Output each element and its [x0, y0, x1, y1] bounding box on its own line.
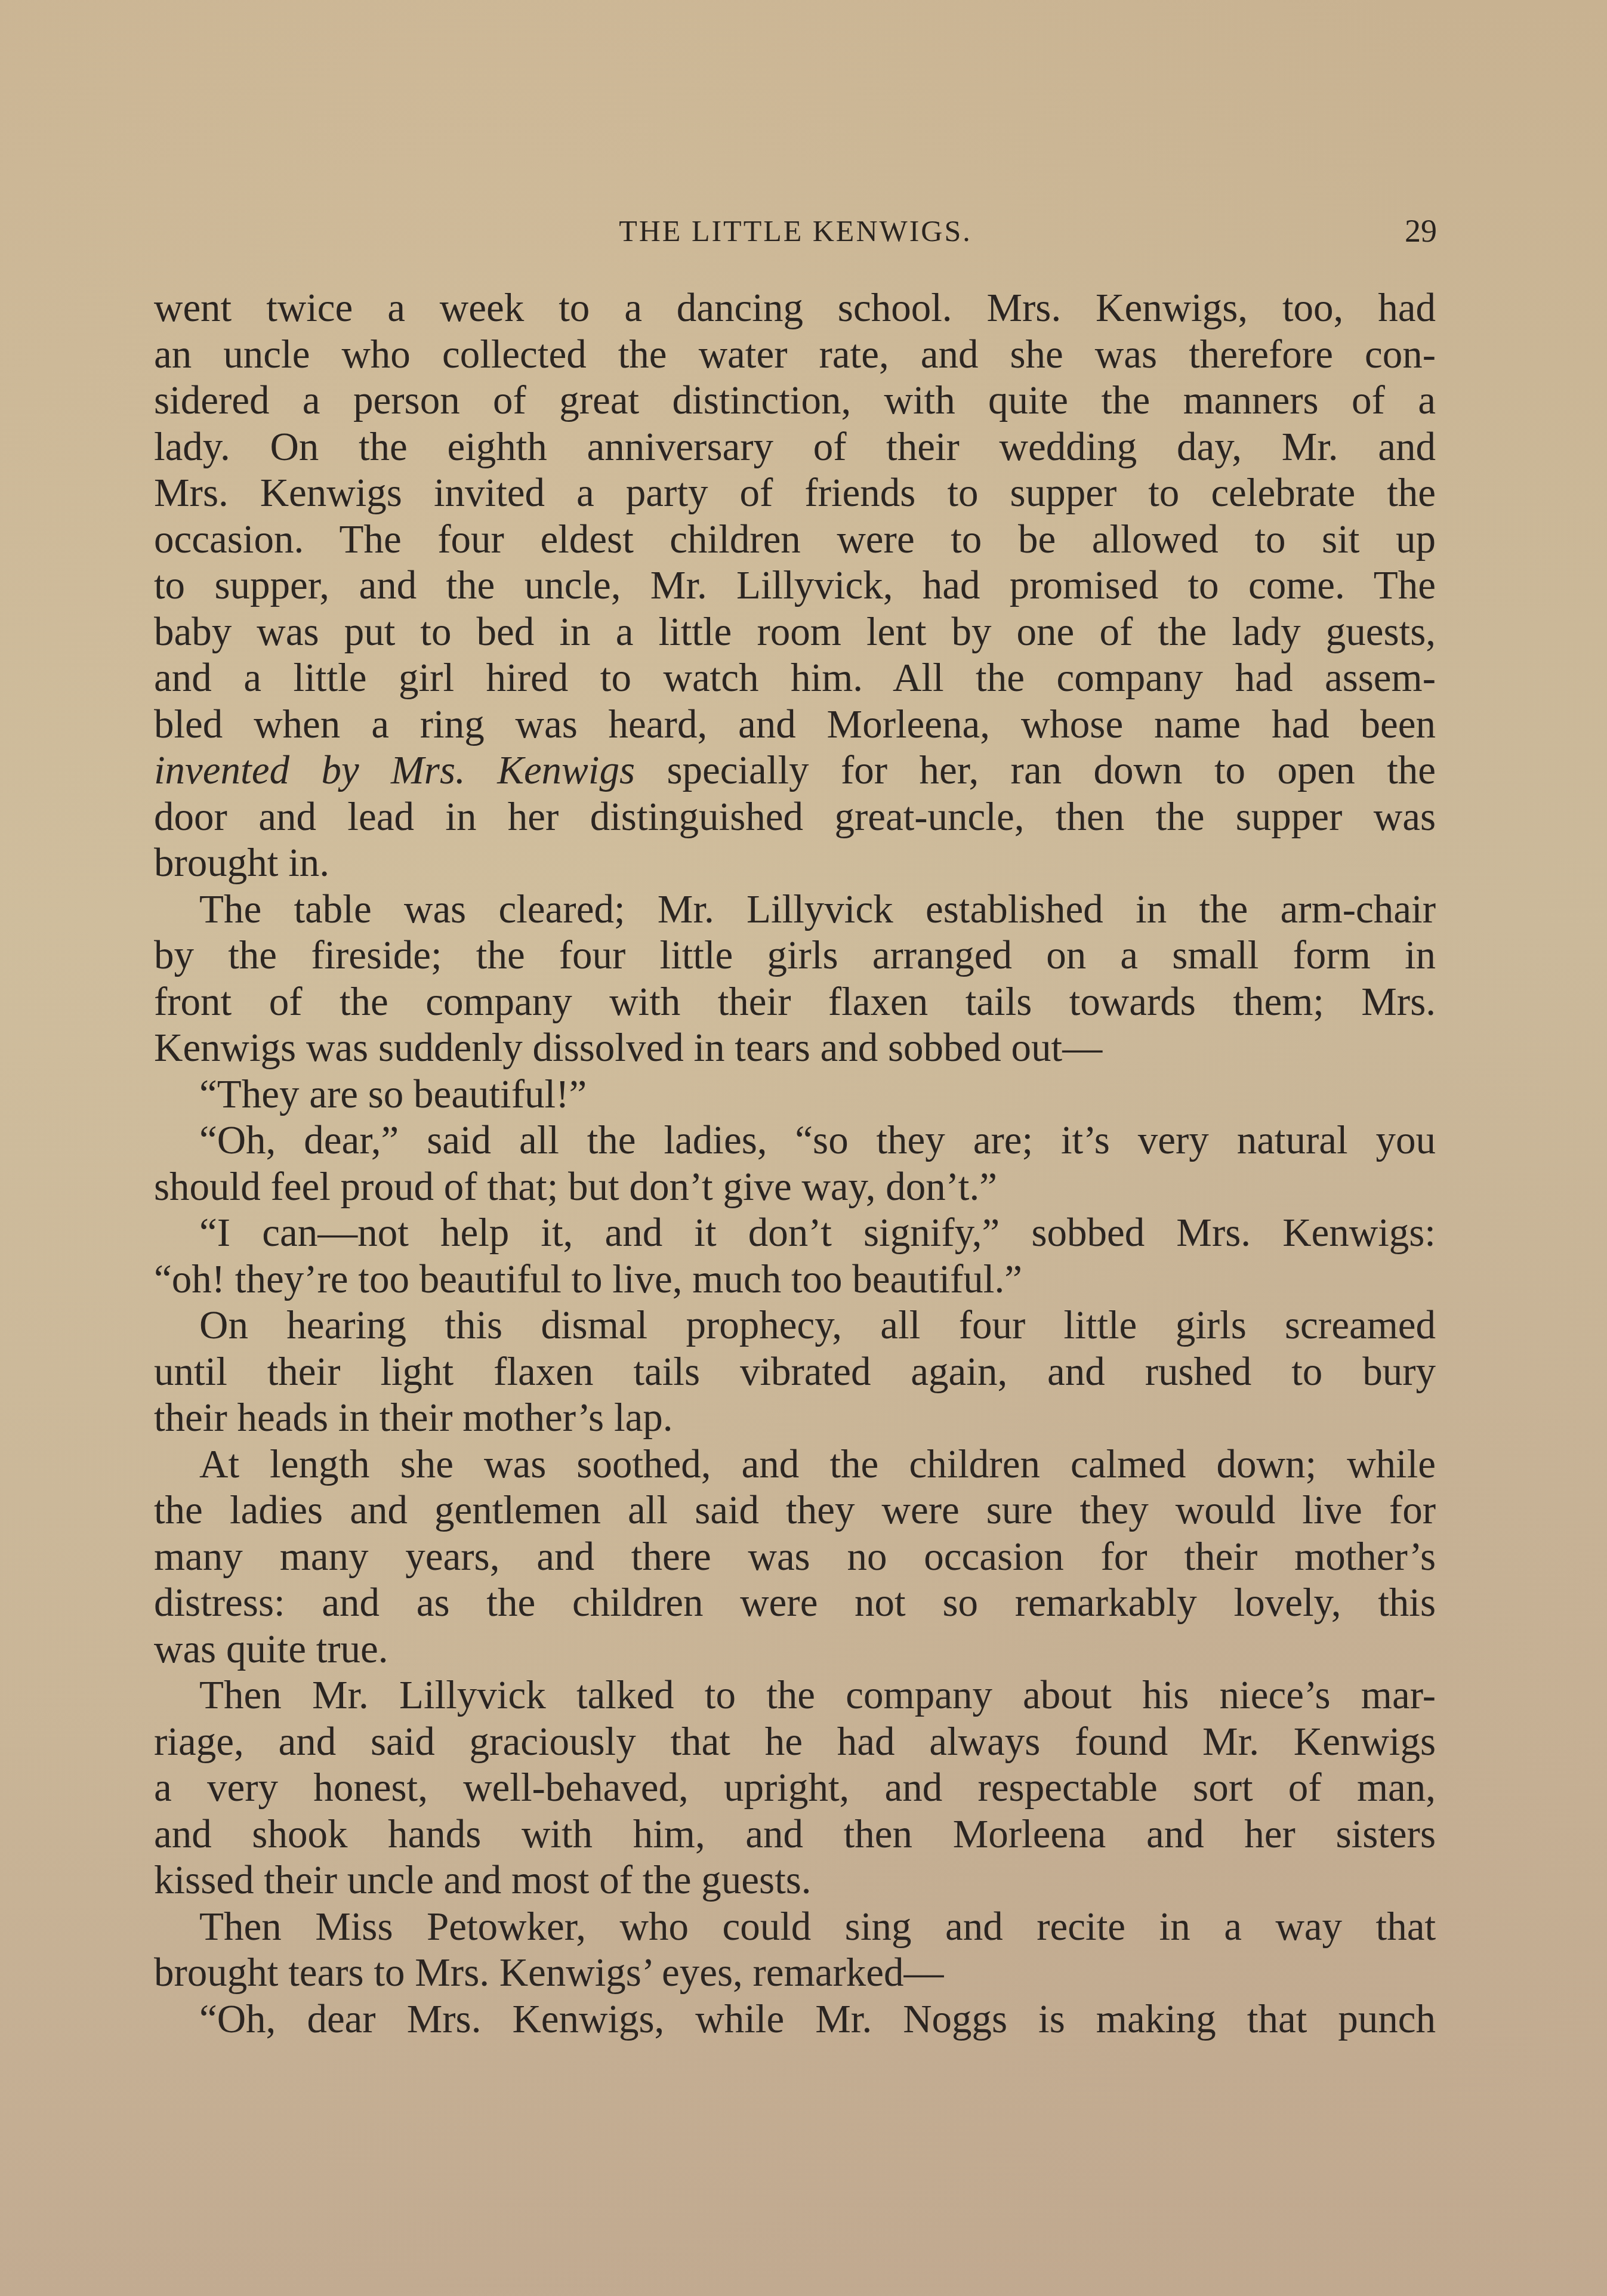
line-text: by the fireside; the four little girls a…: [154, 933, 1436, 977]
line-text: brought tears to Mrs. Kenwigs’ eyes, rem…: [154, 1951, 944, 1995]
line-text: lady. On the eighth anniversary of their…: [154, 425, 1436, 469]
line-text: occasion. The four eldest children were …: [154, 517, 1436, 561]
line-text: “Oh, dear,” said all the ladies, “so the…: [199, 1118, 1436, 1162]
line-text: Kenwigs was suddenly dissolved in tears …: [154, 1026, 1102, 1070]
paragraph-first-line: “Oh, dear,” said all the ladies, “so the…: [154, 1118, 1436, 1164]
text-line: front of the company with their flaxen t…: [154, 979, 1436, 1026]
text-line: went twice a week to a dancing school. M…: [154, 285, 1436, 332]
line-text: “They are so beautiful!”: [199, 1072, 587, 1116]
line-text: many many years, and there was no occasi…: [154, 1535, 1436, 1579]
paragraph-first-line: On hearing this dismal prophecy, all fou…: [154, 1303, 1436, 1349]
line-text: was quite true.: [154, 1627, 388, 1671]
paragraph-first-line: Then Miss Petowker, who could sing and r…: [154, 1904, 1436, 1951]
line-text: baby was put to bed in a little room len…: [154, 610, 1436, 654]
text-line: Mrs. Kenwigs invited a party of friends …: [154, 470, 1436, 517]
italic-text: invented by Mrs. Kenwigs: [154, 748, 635, 792]
text-line: occasion. The four eldest children were …: [154, 517, 1436, 563]
paragraph-first-line: “They are so beautiful!”: [154, 1072, 1436, 1118]
line-text: brought in.: [154, 841, 329, 885]
running-title: THE LITTLE KENWIGS.: [154, 210, 1437, 252]
line-text: Then Miss Petowker, who could sing and r…: [199, 1905, 1436, 1949]
line-text: an uncle who collected the water rate, a…: [154, 332, 1436, 377]
body-text: went twice a week to a dancing school. M…: [154, 285, 1436, 2042]
line-text: “I can—not help it, and it don’t signify…: [199, 1211, 1436, 1255]
text-line: until their light flaxen tails vibrated …: [154, 1349, 1436, 1396]
text-line: “oh! they’re too beautiful to live, much…: [154, 1257, 1436, 1303]
line-text: “Oh, dear Mrs. Kenwigs, while Mr. Noggs …: [199, 1997, 1436, 2041]
paragraph-first-line: Then Mr. Lillyvick talked to the company…: [154, 1672, 1436, 1719]
text-line: should feel proud of that; but don’t giv…: [154, 1164, 1436, 1211]
text-line: brought in.: [154, 840, 1436, 887]
text-line: sidered a person of great distinction, w…: [154, 378, 1436, 424]
text-line: bled when a ring was heard, and Morleena…: [154, 702, 1436, 748]
text-line: door and lead in her distinguished great…: [154, 794, 1436, 841]
line-text: and a little girl hired to watch him. Al…: [154, 656, 1436, 700]
book-page: THE LITTLE KENWIGS. 29 went twice a week…: [0, 0, 1607, 2296]
line-text: went twice a week to a dancing school. M…: [154, 286, 1436, 330]
line-text: bled when a ring was heard, and Morleena…: [154, 702, 1436, 746]
text-line: by the fireside; the four little girls a…: [154, 933, 1436, 979]
running-head: THE LITTLE KENWIGS. 29: [154, 210, 1437, 252]
text-line: and a little girl hired to watch him. Al…: [154, 655, 1436, 702]
page-number: 29: [1405, 210, 1437, 252]
line-text: a very honest, well-behaved, upright, an…: [154, 1766, 1436, 1810]
text-line: distress: and as the children were not s…: [154, 1580, 1436, 1627]
text-line: Kenwigs was suddenly dissolved in tears …: [154, 1025, 1436, 1072]
line-text: At length she was soothed, and the child…: [199, 1442, 1436, 1486]
paragraph-first-line: “Oh, dear Mrs. Kenwigs, while Mr. Noggs …: [154, 1996, 1436, 2043]
line-text: the ladies and gentlemen all said they w…: [154, 1488, 1436, 1532]
text-line: kissed their uncle and most of the guest…: [154, 1857, 1436, 1904]
paragraph-first-line: “I can—not help it, and it don’t signify…: [154, 1210, 1436, 1257]
line-text: their heads in their mother’s lap.: [154, 1396, 673, 1440]
line-text: and shook hands with him, and then Morle…: [154, 1812, 1436, 1856]
line-text: On hearing this dismal prophecy, all fou…: [199, 1303, 1436, 1347]
line-text: to supper, and the uncle, Mr. Lillyvick,…: [154, 563, 1436, 607]
paragraph-first-line: The table was cleared; Mr. Lillyvick est…: [154, 887, 1436, 933]
line-text: specially for her, ran down to open the: [635, 748, 1436, 792]
text-line: brought tears to Mrs. Kenwigs’ eyes, rem…: [154, 1950, 1436, 1996]
line-text: Mrs. Kenwigs invited a party of friends …: [154, 471, 1436, 515]
line-text: riage, and said graciously that he had a…: [154, 1720, 1436, 1764]
line-text: Then Mr. Lillyvick talked to the company…: [199, 1673, 1436, 1717]
text-line: the ladies and gentlemen all said they w…: [154, 1488, 1436, 1534]
line-text: until their light flaxen tails vibrated …: [154, 1350, 1436, 1394]
line-text: door and lead in her distinguished great…: [154, 795, 1436, 839]
line-text: front of the company with their flaxen t…: [154, 980, 1436, 1024]
text-line: many many years, and there was no occasi…: [154, 1534, 1436, 1581]
text-line: was quite true.: [154, 1627, 1436, 1673]
text-line: baby was put to bed in a little room len…: [154, 609, 1436, 656]
line-text: kissed their uncle and most of the guest…: [154, 1858, 812, 1902]
text-line: riage, and said graciously that he had a…: [154, 1719, 1436, 1766]
paragraph-first-line: At length she was soothed, and the child…: [154, 1442, 1436, 1488]
text-line: an uncle who collected the water rate, a…: [154, 332, 1436, 378]
text-line: and shook hands with him, and then Morle…: [154, 1812, 1436, 1858]
text-line: to supper, and the uncle, Mr. Lillyvick,…: [154, 563, 1436, 609]
line-text: “oh! they’re too beautiful to live, much…: [154, 1257, 1022, 1301]
line-text: The table was cleared; Mr. Lillyvick est…: [199, 887, 1436, 931]
text-line: invented by Mrs. Kenwigs specially for h…: [154, 748, 1436, 794]
line-text: distress: and as the children were not s…: [154, 1581, 1436, 1625]
text-line: their heads in their mother’s lap.: [154, 1395, 1436, 1442]
line-text: sidered a person of great distinction, w…: [154, 378, 1436, 422]
text-line: lady. On the eighth anniversary of their…: [154, 424, 1436, 471]
line-text: should feel proud of that; but don’t giv…: [154, 1165, 997, 1209]
text-line: a very honest, well-behaved, upright, an…: [154, 1765, 1436, 1812]
